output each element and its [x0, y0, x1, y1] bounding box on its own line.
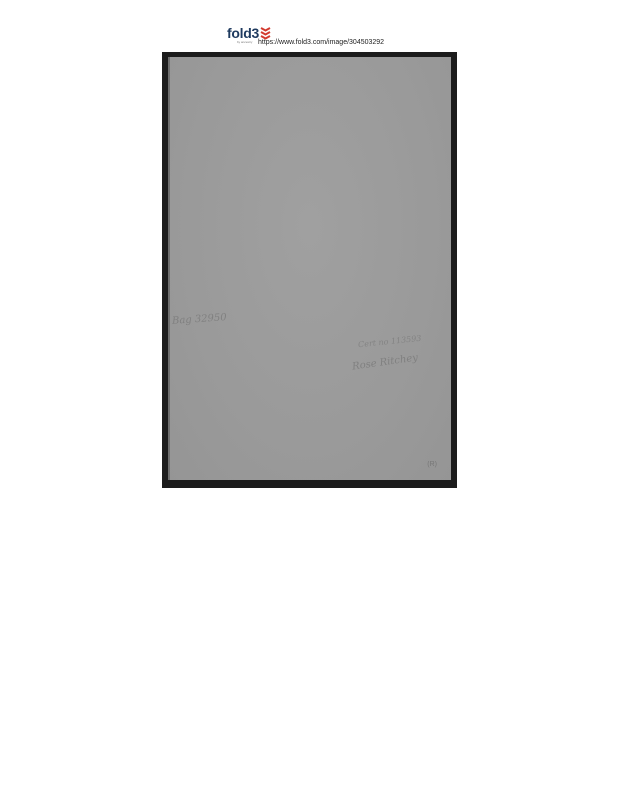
source-url[interactable]: https://www.fold3.com/image/304503292: [258, 39, 384, 46]
document-page: Bag 32950 Cert no 113593 Rose Ritchey (R…: [168, 57, 451, 480]
page-stamp: (R): [427, 461, 437, 468]
document-scan: Bag 32950 Cert no 113593 Rose Ritchey (R…: [162, 52, 457, 488]
fold3-logo: fold3: [227, 26, 259, 40]
logo-subtext: by ancestry: [237, 40, 252, 44]
handwritten-annotation: Rose Ritchey: [352, 352, 419, 372]
handwritten-annotation: Bag 32950: [172, 312, 227, 327]
handwritten-annotation: Cert no 113593: [358, 334, 422, 350]
